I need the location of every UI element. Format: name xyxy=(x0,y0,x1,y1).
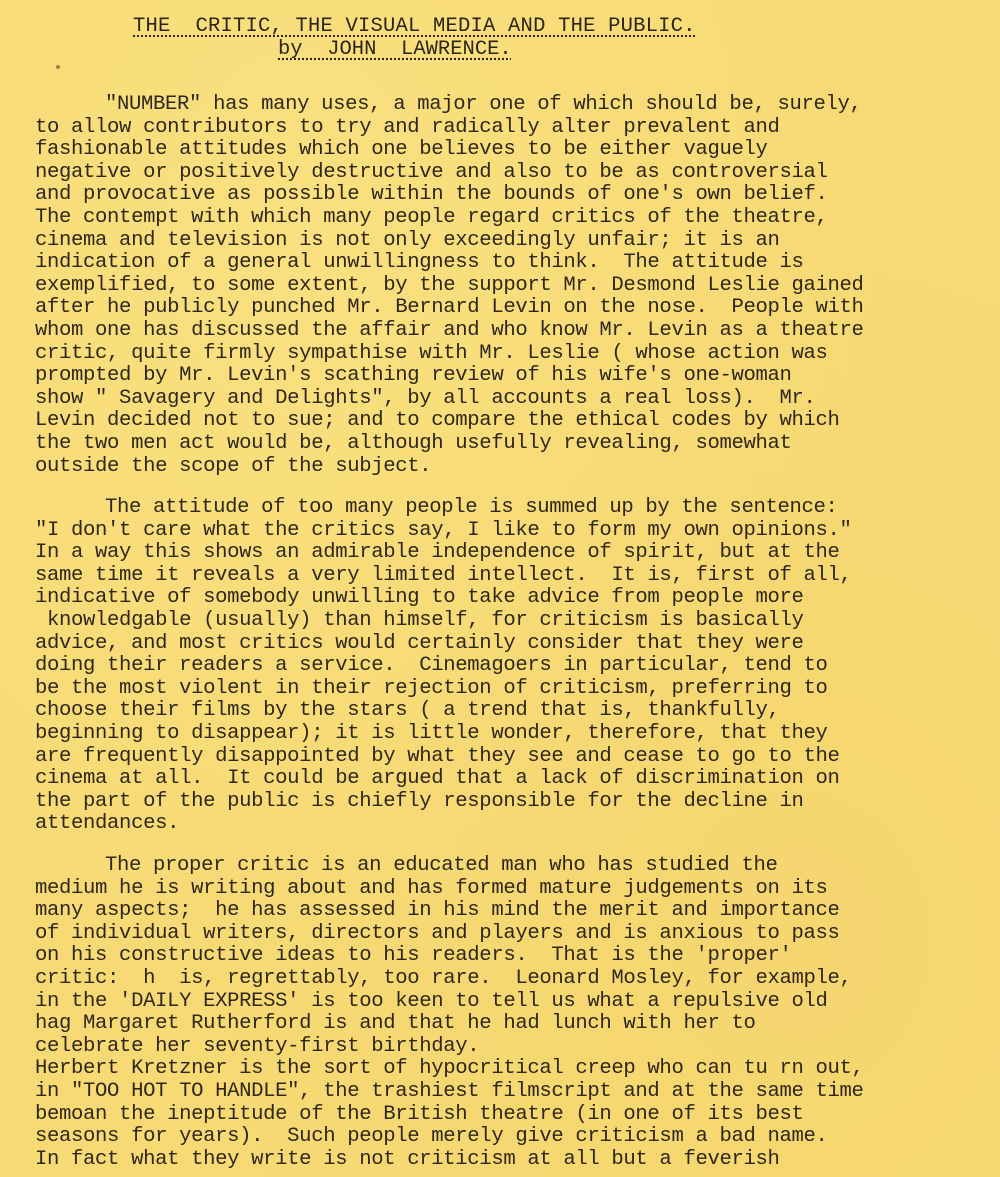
text-line: prompted by Mr. Levin's scathing review … xyxy=(35,365,995,388)
text-line: in "TOO HOT TO HANDLE", the trashiest fi… xyxy=(35,1081,995,1104)
article-title: THE CRITIC, THE VISUAL MEDIA AND THE PUB… xyxy=(133,16,696,38)
text-line: medium he is writing about and has forme… xyxy=(35,878,995,901)
article-body: "NUMBER" has many uses, a major one of w… xyxy=(35,94,995,1171)
text-line: "NUMBER" has many uses, a major one of w… xyxy=(35,94,995,117)
text-line: show " Savagery and Delights", by all ac… xyxy=(35,388,995,411)
text-line: The proper critic is an educated man who… xyxy=(35,855,995,878)
text-line: advice, and most critics would certainly… xyxy=(35,633,995,656)
text-line: many aspects; he has assessed in his min… xyxy=(35,900,995,923)
text-line: doing their readers a service. Cinemagoe… xyxy=(35,655,995,678)
text-line: In fact what they write is not criticism… xyxy=(35,1149,995,1172)
text-line: attendances. xyxy=(35,813,995,836)
text-line: are frequently disappointed by what they… xyxy=(35,746,995,769)
text-line: indicative of somebody unwilling to take… xyxy=(35,587,995,610)
text-line: beginning to disappear); it is little wo… xyxy=(35,723,995,746)
paragraph-3: The proper critic is an educated man who… xyxy=(35,855,995,1058)
text-line: fashionable attitudes which one believes… xyxy=(35,139,995,162)
paragraph-1: "NUMBER" has many uses, a major one of w… xyxy=(35,94,995,478)
text-line: In a way this shows an admirable indepen… xyxy=(35,542,995,565)
text-line: of individual writers, directors and pla… xyxy=(35,923,995,946)
ink-speck xyxy=(56,65,60,69)
text-line: cinema and television is not only exceed… xyxy=(35,230,995,253)
text-line: bemoan the ineptitude of the British the… xyxy=(35,1104,995,1127)
text-line: seasons for years). Such people merely g… xyxy=(35,1126,995,1149)
text-line: the part of the public is chiefly respon… xyxy=(35,791,995,814)
text-line: Levin decided not to sue; and to compare… xyxy=(35,410,995,433)
text-line: outside the scope of the subject. xyxy=(35,456,995,479)
text-line: the two men act would be, although usefu… xyxy=(35,433,995,456)
text-line: celebrate her seventy-first birthday. xyxy=(35,1036,995,1059)
text-line: exemplified, to some extent, by the supp… xyxy=(35,275,995,298)
text-line: choose their films by the stars ( a tren… xyxy=(35,700,995,723)
text-line: The contempt with which many people rega… xyxy=(35,207,995,230)
text-line: critic, quite firmly sympathise with Mr.… xyxy=(35,343,995,366)
text-line: negative or positively destructive and a… xyxy=(35,162,995,185)
text-line: same time it reveals a very limited inte… xyxy=(35,565,995,588)
text-line: after he publicly punched Mr. Bernard Le… xyxy=(35,297,995,320)
text-line: cinema at all. It could be argued that a… xyxy=(35,768,995,791)
text-line: knowledgable (usually) than himself, for… xyxy=(35,610,995,633)
paragraph-2: The attitude of too many people is summe… xyxy=(35,497,995,836)
text-line: on his constructive ideas to his readers… xyxy=(35,945,995,968)
text-line: "I don't care what the critics say, I li… xyxy=(35,520,995,543)
paper-page: THE CRITIC, THE VISUAL MEDIA AND THE PUB… xyxy=(0,0,1000,1177)
text-line: and provocative as possible within the b… xyxy=(35,184,995,207)
text-line: Herbert Kretzner is the sort of hypocrit… xyxy=(35,1058,995,1081)
text-line: hag Margaret Rutherford is and that he h… xyxy=(35,1013,995,1036)
paragraph-4: Herbert Kretzner is the sort of hypocrit… xyxy=(35,1058,995,1171)
text-line: critic: h is, regrettably, too rare. Leo… xyxy=(35,968,995,991)
article-byline: by JOHN LAWRENCE. xyxy=(278,39,512,61)
text-line: indication of a general unwillingness to… xyxy=(35,252,995,275)
text-line: be the most violent in their rejection o… xyxy=(35,678,995,701)
text-line: The attitude of too many people is summe… xyxy=(35,497,995,520)
text-line: whom one has discussed the affair and wh… xyxy=(35,320,995,343)
text-line: in the 'DAILY EXPRESS' is too keen to te… xyxy=(35,991,995,1014)
text-line: to allow contributors to try and radical… xyxy=(35,117,995,140)
